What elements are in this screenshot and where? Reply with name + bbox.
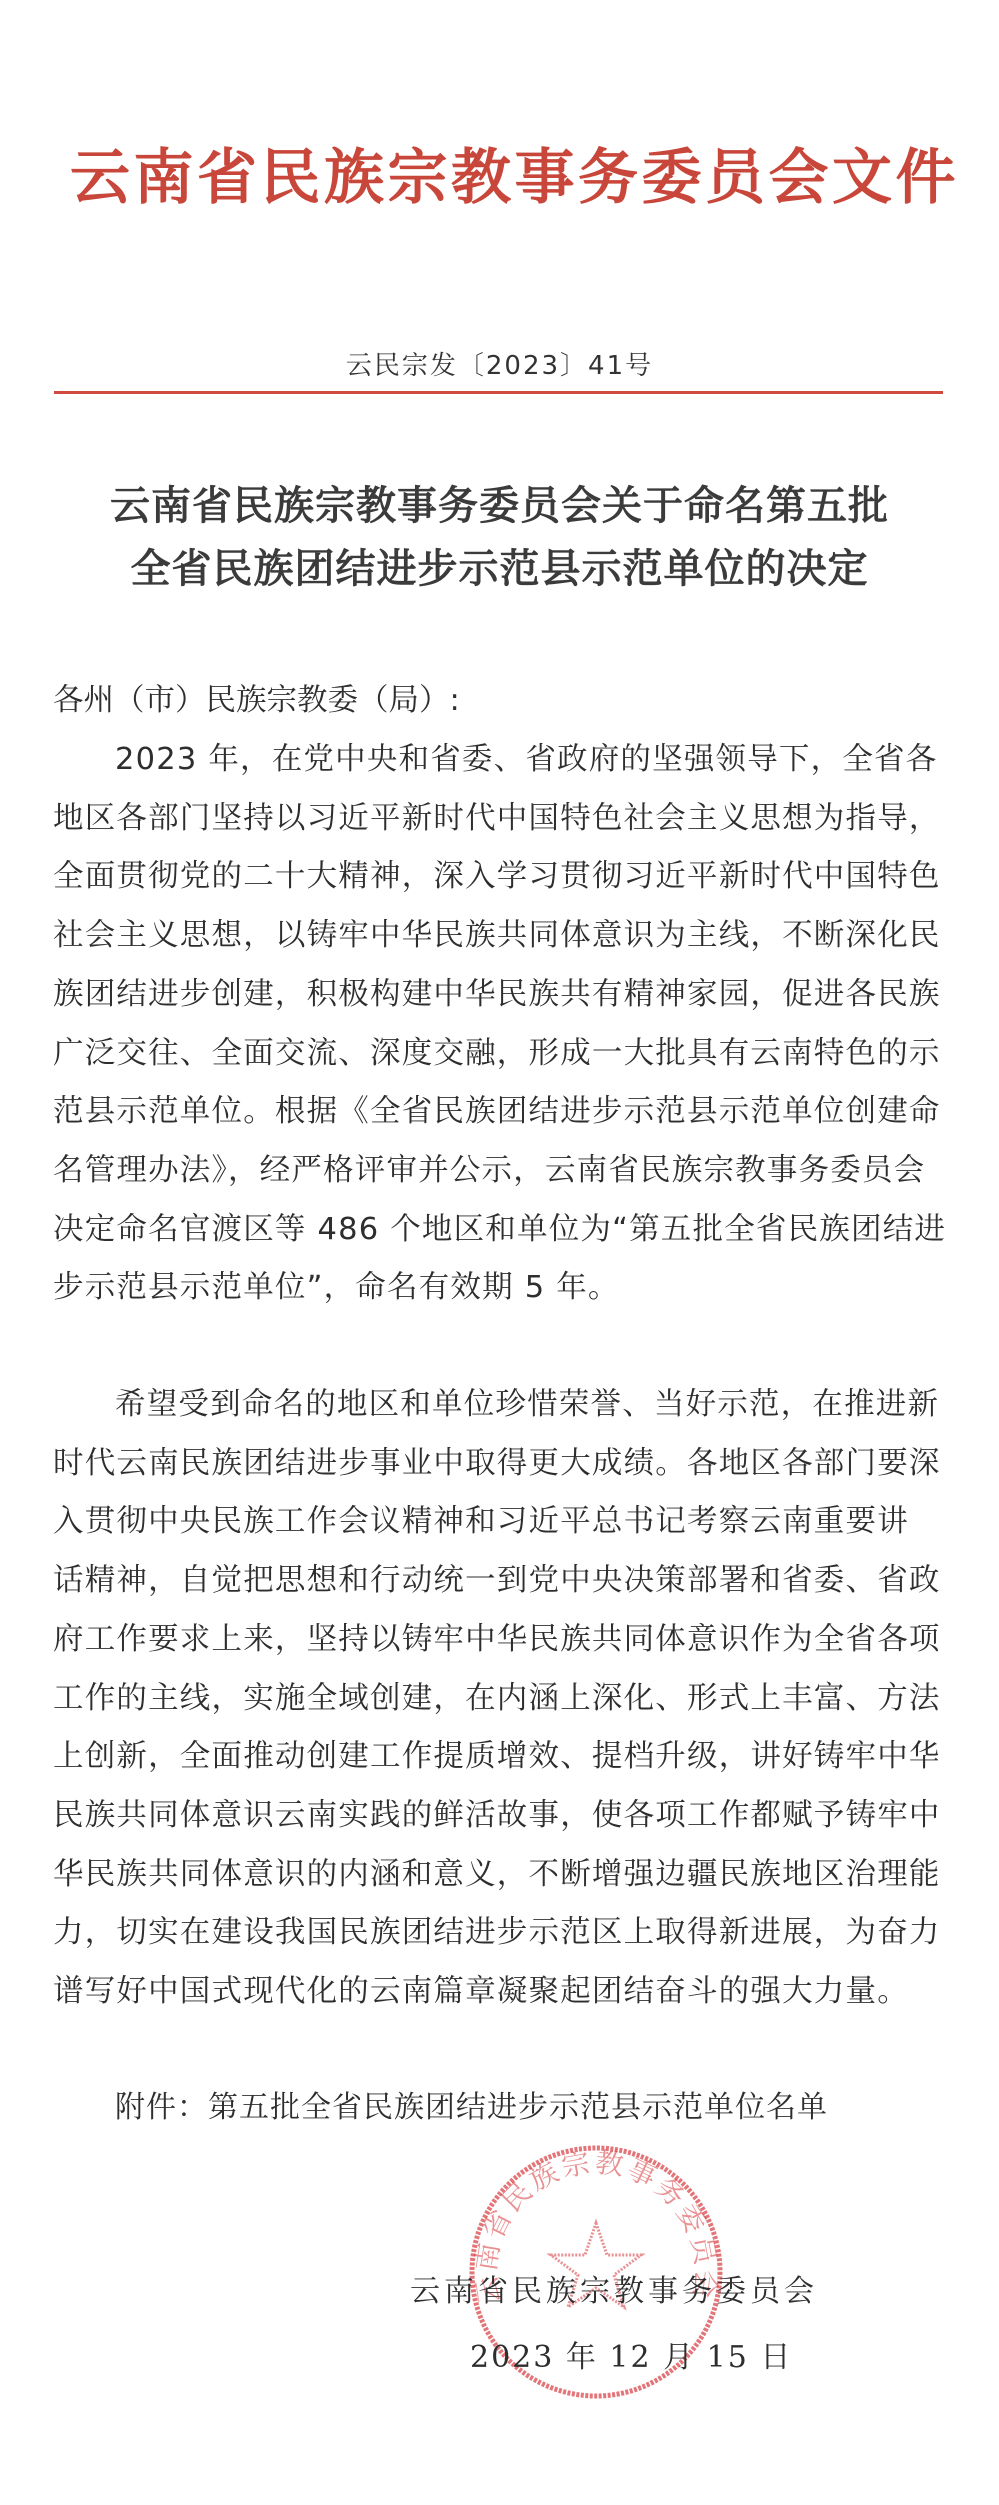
paragraph-1: 2023 年，在党中央和省委、省政府的坚强领导下，全省各 地区各部门坚持以习近平… bbox=[53, 731, 953, 1318]
paragraph-line: 广泛交往、全面交流、深度交融，形成一大批具有云南特色的示 bbox=[53, 1025, 953, 1084]
paragraph-line: 华民族共同体意识的内涵和意义，不断增强边疆民族地区治理能 bbox=[53, 1846, 953, 1905]
paragraph-line: 府工作要求上来，坚持以铸牢中华民族共同体意识作为全省各项 bbox=[53, 1611, 953, 1670]
paragraph-line: 地区各部门坚持以习近平新时代中国特色社会主义思想为指导， bbox=[53, 790, 953, 849]
paragraph-2: 希望受到命名的地区和单位珍惜荣誉、当好示范，在推进新 时代云南民族团结进步事业中… bbox=[53, 1376, 953, 2022]
header-red-rule bbox=[54, 391, 943, 394]
paragraph-line: 决定命名官渡区等 486 个地区和单位为“第五批全省民族团结进 bbox=[53, 1201, 953, 1260]
document-number: 云民宗发〔2023〕41号 bbox=[0, 348, 999, 384]
signature-organization: 云南省民族宗教事务委员会 bbox=[410, 2270, 818, 2314]
paragraph-line: 范县示范单位。根据《全省民族团结进步示范县示范单位创建命 bbox=[53, 1083, 953, 1142]
paragraph-line: 全面贯彻党的二十大精神，深入学习贯彻习近平新时代中国特色 bbox=[53, 848, 953, 907]
paragraph-line: 2023 年，在党中央和省委、省政府的坚强领导下，全省各 bbox=[53, 731, 953, 790]
paragraph-line: 工作的主线，实施全域创建，在内涵上深化、形式上丰富、方法 bbox=[53, 1670, 953, 1729]
paragraph-line: 上创新，全面推动创建工作提质增效、提档升级，讲好铸牢中华 bbox=[53, 1728, 953, 1787]
paragraph-line: 入贯彻中央民族工作会议精神和习近平总书记考察云南重要讲 bbox=[53, 1493, 953, 1552]
salutation: 各州（市）民族宗教委（局）: bbox=[53, 672, 953, 731]
paragraph-line: 步示范县示范单位”，命名有效期 5 年。 bbox=[53, 1259, 953, 1318]
paragraph-line: 民族共同体意识云南实践的鲜活故事，使各项工作都赋予铸牢中 bbox=[53, 1787, 953, 1846]
paragraph-line: 社会主义思想，以铸牢中华民族共同体意识为主线，不断深化民 bbox=[53, 907, 953, 966]
attachment-note: 附件：第五批全省民族团结进步示范县示范单位名单 bbox=[115, 2086, 828, 2130]
paragraph-line: 族团结进步创建，积极构建中华民族共有精神家园，促进各民族 bbox=[53, 966, 953, 1025]
paragraph-line: 力，切实在建设我国民族团结进步示范区上取得新进展，为奋力 bbox=[53, 1904, 953, 1963]
document-title-line-2: 全省民族团结进步示范县示范单位的决定 bbox=[0, 537, 999, 600]
paragraph-line: 希望受到命名的地区和单位珍惜荣誉、当好示范，在推进新 bbox=[53, 1376, 953, 1435]
signature-date: 2023 年 12 月 15 日 bbox=[470, 2336, 792, 2380]
paragraph-line: 时代云南民族团结进步事业中取得更大成绩。各地区各部门要深 bbox=[53, 1435, 953, 1494]
document-title-line-1: 云南省民族宗教事务委员会关于命名第五批 bbox=[0, 474, 999, 537]
paragraph-line: 名管理办法》，经严格评审并公示，云南省民族宗教事务委员会 bbox=[53, 1142, 953, 1201]
issuer-header-title: 云南省民族宗教事务委员会文件 bbox=[70, 138, 940, 218]
paragraph-line: 话精神，自觉把思想和行动统一到党中央决策部署和省委、省政 bbox=[53, 1552, 953, 1611]
paragraph-line: 谱写好中国式现代化的云南篇章凝聚起团结奋斗的强大力量。 bbox=[53, 1963, 953, 2022]
